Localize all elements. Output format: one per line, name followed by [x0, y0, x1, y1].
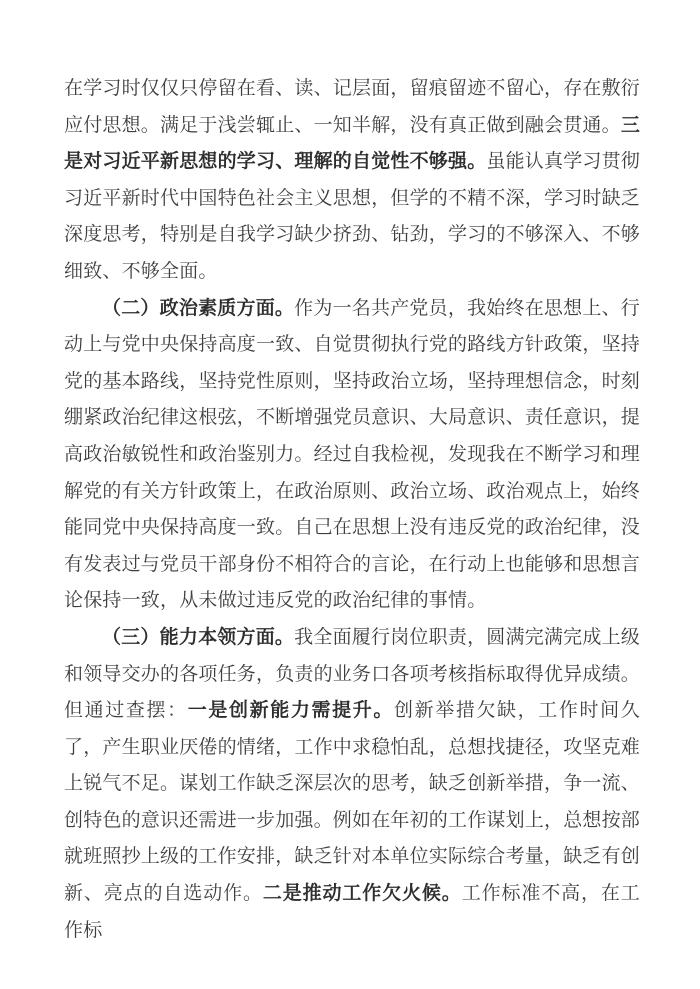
text-run: 作为一名共产党员，我始终在思想上、行动上与党中央保持高度一致、自觉贯彻执行党的路… [64, 298, 640, 612]
paragraph: （二）政治素质方面。作为一名共产党员，我始终在思想上、行动上与党中央保持高度一致… [64, 291, 640, 620]
paragraph: （三）能力本领方面。我全面履行岗位职责，圆满完满完成上级和领导交办的各项任务，负… [64, 620, 640, 949]
emphasis-text-run: （二）政治素质方面。 [102, 298, 294, 319]
emphasis-text-run: 一是创新能力需提升。 [188, 700, 394, 721]
text-run: 在学习时仅仅只停留在看、读、记层面，留痕留迹不留心，存在敷衍应付思想。满足于浅尝… [64, 78, 640, 136]
emphasis-text-run: （三）能力本领方面。 [102, 627, 294, 648]
document-body: 在学习时仅仅只停留在看、读、记层面，留痕留迹不留心，存在敷衍应付思想。满足于浅尝… [64, 71, 640, 949]
text-run: 创新举措欠缺，工作时间久了，产生职业厌倦的情绪，工作中求稳怕乱，总想找捷径，攻坚… [64, 700, 640, 904]
paragraph: 在学习时仅仅只停留在看、读、记层面，留痕留迹不留心，存在敷衍应付思想。满足于浅尝… [64, 71, 640, 291]
emphasis-text-run: 二是推动工作欠火候。 [263, 883, 462, 904]
document-page: 在学习时仅仅只停留在看、读、记层面，留痕留迹不留心，存在敷衍应付思想。满足于浅尝… [0, 0, 700, 989]
